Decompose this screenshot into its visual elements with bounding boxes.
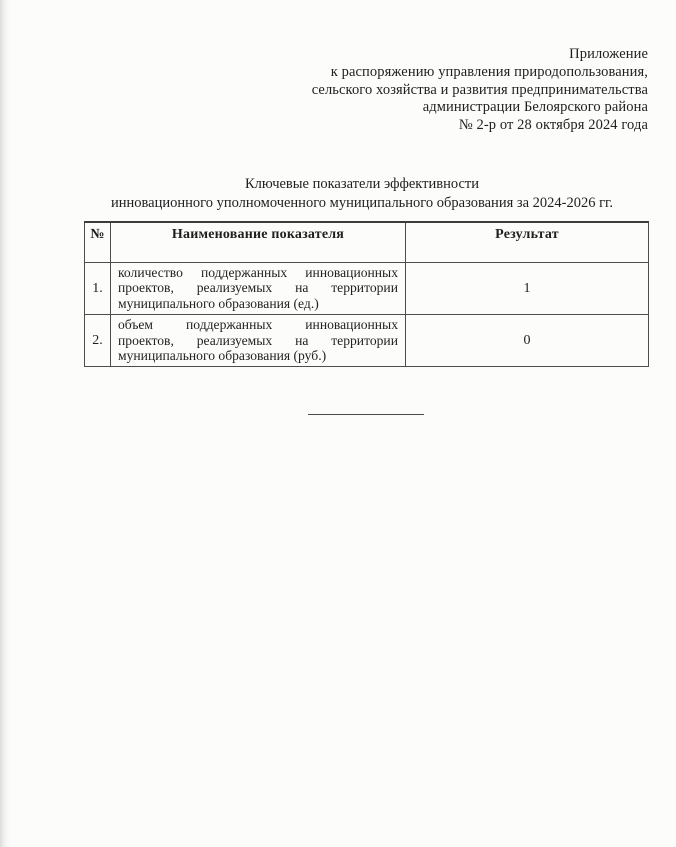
indicator-name-cell: количество поддержанных инновационных пр…: [111, 263, 406, 315]
header-line-administration: администрации Белоярского района: [312, 99, 648, 117]
document-page: Приложение к распоряжению управления при…: [0, 0, 676, 847]
title-line-2: инновационного уполномоченного муниципал…: [48, 194, 676, 213]
col-header-result: Результат: [406, 222, 649, 263]
table-header-row: № Наименование показателя Результат: [85, 222, 649, 263]
header-line-department: сельского хозяйства и развития предприни…: [312, 82, 648, 100]
header-line-appendix: Приложение: [312, 46, 648, 64]
table-row: 2. объем поддержанных инновационных прое…: [85, 315, 649, 367]
signature-line: [308, 414, 424, 415]
document-title: Ключевые показатели эффективности иннова…: [48, 175, 676, 212]
col-header-indicator-name: Наименование показателя: [111, 222, 406, 263]
kpi-table: № Наименование показателя Результат 1. к…: [84, 221, 649, 367]
document-header-block: Приложение к распоряжению управления при…: [312, 46, 648, 135]
header-line-number-date: № 2-р от 28 октября 2024 года: [312, 117, 648, 135]
scan-left-edge: [0, 0, 11, 847]
table-row: 1. количество поддержанных инновационных…: [85, 263, 649, 315]
result-value-cell: 0: [406, 315, 649, 367]
row-number-cell: 2.: [85, 315, 111, 367]
title-line-1: Ключевые показатели эффективности: [48, 175, 676, 194]
row-number-cell: 1.: [85, 263, 111, 315]
indicator-name-cell: объем поддержанных инновационных проекто…: [111, 315, 406, 367]
header-line-order: к распоряжению управления природопользов…: [312, 64, 648, 82]
result-value-cell: 1: [406, 263, 649, 315]
col-header-number: №: [85, 222, 111, 263]
